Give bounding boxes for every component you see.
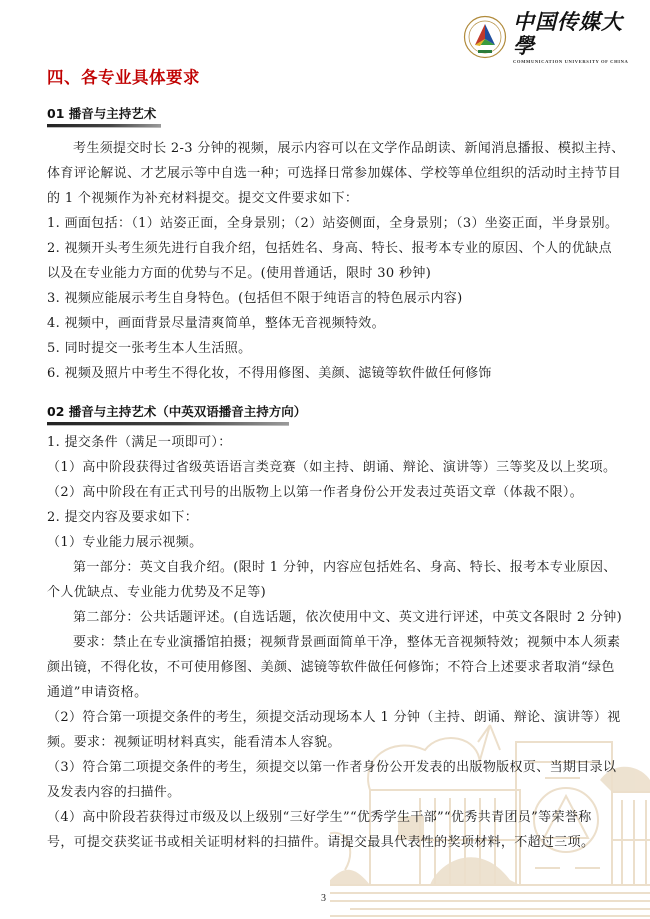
paragraph: 第二部分：公共话题评述。(自选话题，依次使用中文、英文进行评述，中英文各限时 2… <box>47 605 607 630</box>
section-01-body: 考生须提交时长 2-3 分钟的视频，展示内容可以在文学作品朗读、新闻消息播报、模… <box>47 136 607 386</box>
cuc-emblem-icon <box>463 15 507 59</box>
chapter-title: 四、各专业具体要求 <box>47 66 607 90</box>
paragraph: 考生须提交时长 2-3 分钟的视频，展示内容可以在文学作品朗读、新闻消息播报、模… <box>47 136 607 161</box>
paragraph: 通道”申请资格。 <box>47 680 607 705</box>
university-logo: 中国传媒大學 COMMUNICATION UNIVERSITY OF CHINA <box>463 14 643 60</box>
document-page: 中国传媒大學 COMMUNICATION UNIVERSITY OF CHINA… <box>0 0 650 919</box>
list-item: 5. 同时提交一张考生本人生活照。 <box>47 336 607 361</box>
paragraph: 要求：禁止在专业演播馆拍摄；视频背景画面简单干净，整体无音视频特效；视频中本人须… <box>47 630 607 655</box>
list-item: 2. 提交内容及要求如下： <box>47 505 607 530</box>
paragraph: 的 1 个视频作为补充材料提交。提交文件要求如下： <box>47 186 607 211</box>
sub-list-item: （3）符合第二项提交条件的考生，须提交以第一作者身份公开发表的出版物版权页、当期… <box>47 755 607 780</box>
paragraph: 颜出镜，不得化妆，不可使用修图、美颜、滤镜等软件做任何修饰；不符合上述要求者取消… <box>47 655 607 680</box>
section-heading-text: 02 播音与主持艺术（中英双语播音主持方向） <box>47 404 306 419</box>
sub-list-item: （4）高中阶段若获得过市级及以上级别“三好学生”“优秀学生干部”“优秀共青团员”… <box>47 805 607 830</box>
section-heading-01: 01 播音与主持艺术 <box>47 105 161 129</box>
heading-underline <box>47 124 161 128</box>
sub-list-item: （1）专业能力展示视频。 <box>47 530 607 555</box>
heading-underline <box>47 422 289 426</box>
logo-english-name: COMMUNICATION UNIVERSITY OF CHINA <box>513 59 628 64</box>
section-02-body: 1. 提交条件（满足一项即可）： （1）高中阶段获得过省级英语语言类竞赛（如主持… <box>47 430 607 855</box>
page-number: 3 <box>321 893 326 904</box>
list-item: 3. 视频应能展示考生自身特色。(包括但不限于纯语言的特色展示内容) <box>47 286 607 311</box>
sub-list-item: （1）高中阶段获得过省级英语语言类竞赛（如主持、朗诵、辩论、演讲等）三等奖及以上… <box>47 455 607 480</box>
paragraph: 体育评论解说、才艺展示等中自选一种；可选择日常参加媒体、学校等单位组织的活动时主… <box>47 161 607 186</box>
list-item: 2. 视频开头考生须先进行自我介绍，包括姓名、身高、特长、报考本专业的原因、个人… <box>47 236 607 261</box>
list-item: 1. 提交条件（满足一项即可）： <box>47 430 607 455</box>
paragraph: 第一部分：英文自我介绍。(限时 1 分钟，内容应包括姓名、身高、特长、报考本专业… <box>47 555 607 580</box>
list-item: 1. 画面包括：（1）站姿正面，全身景别；（2）站姿侧面，全身景别；（3）坐姿正… <box>47 211 607 236</box>
section-heading-text: 01 播音与主持艺术 <box>47 106 156 121</box>
sub-list-item: （2）高中阶段在有正式刊号的出版物上以第一作者身份公开发表过英语文章（体裁不限）… <box>47 480 607 505</box>
paragraph: 及发表内容的扫描件。 <box>47 780 607 805</box>
sub-list-item: （2）符合第一项提交条件的考生，须提交活动现场本人 1 分钟（主持、朗诵、辩论、… <box>47 705 607 730</box>
section-heading-02: 02 播音与主持艺术（中英双语播音主持方向） <box>47 403 306 427</box>
document-body: 四、各专业具体要求 01 播音与主持艺术 考生须提交时长 2-3 分钟的视频，展… <box>47 66 607 855</box>
logo-chinese-name: 中国传媒大學 <box>513 10 643 58</box>
logo-wordmark: 中国传媒大學 COMMUNICATION UNIVERSITY OF CHINA <box>513 10 643 64</box>
list-item: 4. 视频中，画面背景尽量清爽简单，整体无音视频特效。 <box>47 311 607 336</box>
list-item: 6. 视频及照片中考生不得化妆，不得用修图、美颜、滤镜等软件做任何修饰 <box>47 361 607 386</box>
paragraph: 个人优缺点、专业能力优势及不足等) <box>47 580 607 605</box>
paragraph: 频。要求：视频证明材料真实，能看清本人容貌。 <box>47 730 607 755</box>
paragraph: 号，可提交获奖证书或相关证明材料的扫描件。请提交最具代表性的奖项材料，不超过三项… <box>47 830 607 855</box>
list-item-continued: 以及在专业能力方面的优势与不足。(使用普通话，限时 30 秒钟) <box>47 261 607 286</box>
